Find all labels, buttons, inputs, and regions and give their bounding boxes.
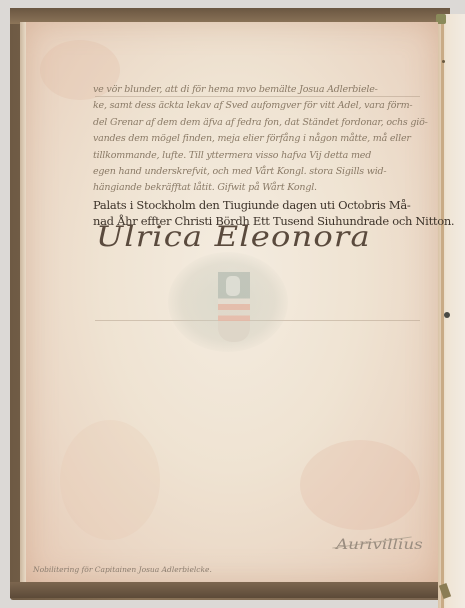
coat-of-arms-crest [226, 276, 240, 296]
document-footnote: Nobilitering för Capitainen Josua Adlerb… [33, 565, 212, 574]
text-line: tillkommande, lufte. Till yttermera viss… [93, 148, 433, 164]
royal-signature: Ulrica Eleonora [96, 220, 371, 253]
frame-bottom-edge [10, 582, 450, 598]
nail-hole [444, 312, 450, 318]
page-left-edge [20, 22, 26, 582]
text-line: hängiande bekräfftat låtit. Gifwit på Wå… [93, 180, 433, 196]
pin-hole [442, 60, 445, 63]
document-body: ve vör blunder, att di för hema mvo bemä… [93, 82, 433, 230]
text-line: vandes dem mögel finden, meja elier förf… [93, 131, 433, 147]
text-line: egen hand underskrefvit, och med Vårt Ko… [93, 164, 433, 180]
age-stain [300, 440, 420, 530]
text-line: del Grenar af dem dem äfva af fedra fon,… [93, 115, 433, 131]
registrar-signature: Aurivillius [336, 537, 423, 553]
text-line: ve vör blunder, att di för hema mvo bemä… [93, 82, 433, 98]
text-line: ke, samt dess äckta lekav af Sved aufomg… [93, 98, 433, 114]
text-line-dated: Palats i Stockholm den Tiugiunde dagen u… [93, 197, 433, 213]
age-stain [60, 420, 160, 540]
